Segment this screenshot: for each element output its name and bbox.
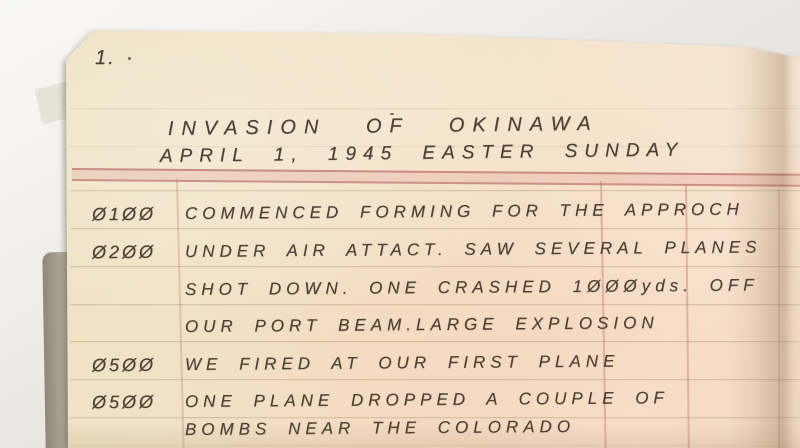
log-entry: Ø1ØØ COMMENCED FORMING FOR THE APPROCH [0, 204, 800, 234]
log-entry: SHOT DOWN. ONE CRASHED 1ØØØyds. OFF [0, 280, 800, 310]
log-entry: Ø2ØØ UNDER AIR ATTACT. SAW SEVERAL PLANE… [0, 242, 800, 272]
ink-speck [390, 113, 394, 115]
entry-time: Ø5ØØ [92, 392, 156, 414]
notebook-page: 1. INVASION OF OKINAWA APRIL 1, 1945 EAS… [0, 0, 800, 448]
handwriting-layer: 1. INVASION OF OKINAWA APRIL 1, 1945 EAS… [0, 0, 800, 448]
heading-title: INVASION OF OKINAWA [168, 113, 599, 141]
entry-time: Ø2ØØ [92, 242, 156, 264]
log-entry: BOMBS NEAR THE COLORADO [0, 420, 800, 448]
ink-speck [128, 57, 131, 60]
heading-date: APRIL 1, 1945 EASTER SUNDAY [160, 140, 685, 168]
entry-text: BOMBS NEAR THE COLORADO [185, 417, 575, 440]
log-entry: Ø5ØØ WE FIRED AT OUR FIRST PLANE [0, 355, 800, 385]
entry-text: COMMENCED FORMING FOR THE APPROCH [185, 200, 744, 224]
entry-text: OUR PORT BEAM.LARGE EXPLOSION [185, 313, 659, 337]
entry-text: WE FIRED AT OUR FIRST PLANE [185, 352, 620, 375]
entry-time: Ø5ØØ [92, 355, 156, 377]
entry-text: ONE PLANE DROPPED A COUPLE OF [185, 388, 669, 412]
page-number: 1. [95, 47, 116, 70]
entry-text: SHOT DOWN. ONE CRASHED 1ØØØyds. OFF [185, 275, 759, 300]
photo-scene: 1. INVASION OF OKINAWA APRIL 1, 1945 EAS… [0, 0, 800, 448]
log-entry: OUR PORT BEAM.LARGE EXPLOSION [0, 317, 800, 347]
entry-time: Ø1ØØ [92, 204, 156, 226]
page-surface: 1. INVASION OF OKINAWA APRIL 1, 1945 EAS… [0, 0, 800, 448]
entry-text: UNDER AIR ATTACT. SAW SEVERAL PLANES [185, 237, 762, 262]
